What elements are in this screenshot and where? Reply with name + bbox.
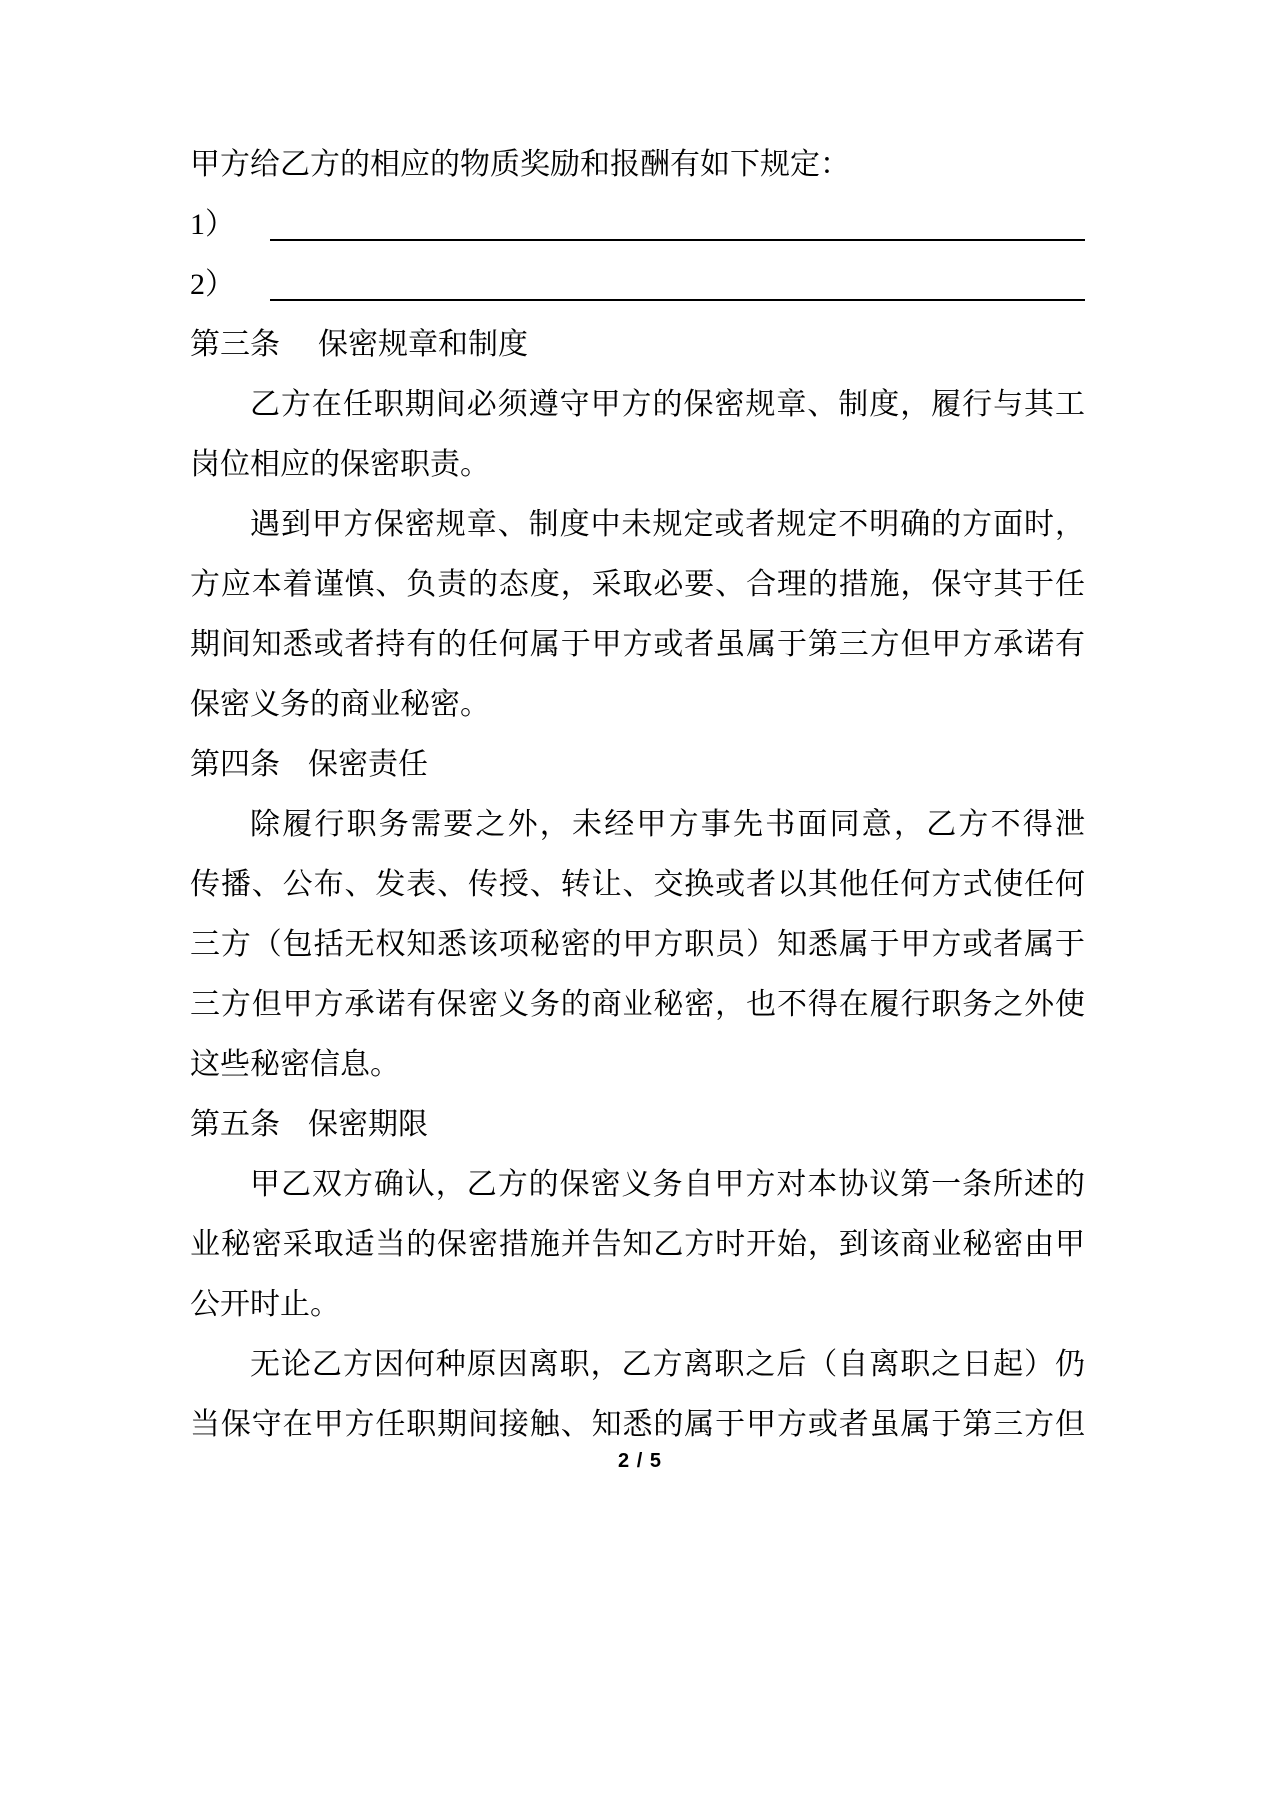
heading-title: 保密规章和制度 <box>318 328 528 361</box>
heading-title: 保密期限 <box>308 1108 428 1141</box>
doc-line: 传播、公布、发表、传授、转让、交换或者以其他任何方式使任何第 <box>190 855 1085 915</box>
doc-line: 乙方在任职期间必须遵守甲方的保密规章、制度，履行与其工作 <box>190 375 1085 435</box>
blank-label: 2） <box>190 255 270 315</box>
heading-title: 保密责任 <box>308 748 428 781</box>
doc-line: 甲乙双方确认，乙方的保密义务自甲方对本协议第一条所述的商 <box>190 1155 1085 1215</box>
doc-line: 无论乙方因何种原因离职，乙方离职之后（自离职之日起）仍应 <box>190 1335 1085 1395</box>
page-number: 2 / 5 <box>0 1450 1280 1473</box>
section-heading: 第五条保密期限 <box>190 1095 1085 1155</box>
doc-line: 甲方给乙方的相应的物质奖励和报酬有如下规定： <box>190 135 1085 195</box>
doc-line: 保密义务的商业秘密。 <box>190 675 1085 735</box>
blank-field-row: 1） <box>190 195 1085 255</box>
doc-line: 方应本着谨慎、负责的态度，采取必要、合理的措施，保守其于任职 <box>190 555 1085 615</box>
heading-number: 第五条 <box>190 1108 280 1141</box>
doc-line: 三方（包括无权知悉该项秘密的甲方职员）知悉属于甲方或者属于第 <box>190 915 1085 975</box>
doc-line: 遇到甲方保密规章、制度中未规定或者规定不明确的方面时，乙 <box>190 495 1085 555</box>
doc-line: 业秘密采取适当的保密措施并告知乙方时开始，到该商业秘密由甲方 <box>190 1215 1085 1275</box>
doc-line: 这些秘密信息。 <box>190 1035 1085 1095</box>
section-heading: 第三条保密规章和制度 <box>190 315 1085 375</box>
blank-label: 1） <box>190 195 270 255</box>
doc-line: 期间知悉或者持有的任何属于甲方或者虽属于第三方但甲方承诺有 <box>190 615 1085 675</box>
doc-line: 公开时止。 <box>190 1275 1085 1335</box>
doc-line: 当保守在甲方任职期间接触、知悉的属于甲方或者虽属于第三方但甲 <box>190 1395 1085 1455</box>
section-heading: 第四条保密责任 <box>190 735 1085 795</box>
doc-line: 三方但甲方承诺有保密义务的商业秘密，也不得在履行职务之外使用 <box>190 975 1085 1035</box>
heading-number: 第四条 <box>190 748 280 781</box>
document-page: 甲方给乙方的相应的物质奖励和报酬有如下规定：1）2）第三条保密规章和制度乙方在任… <box>0 0 1280 1810</box>
doc-line: 岗位相应的保密职责。 <box>190 435 1085 495</box>
heading-number: 第三条 <box>190 328 280 361</box>
blank-field-row: 2） <box>190 255 1085 315</box>
blank-underline <box>270 195 1085 241</box>
document-body: 甲方给乙方的相应的物质奖励和报酬有如下规定：1）2）第三条保密规章和制度乙方在任… <box>190 135 1085 1455</box>
doc-line: 除履行职务需要之外，未经甲方事先书面同意，乙方不得泄漏、 <box>190 795 1085 855</box>
blank-underline <box>270 255 1085 301</box>
